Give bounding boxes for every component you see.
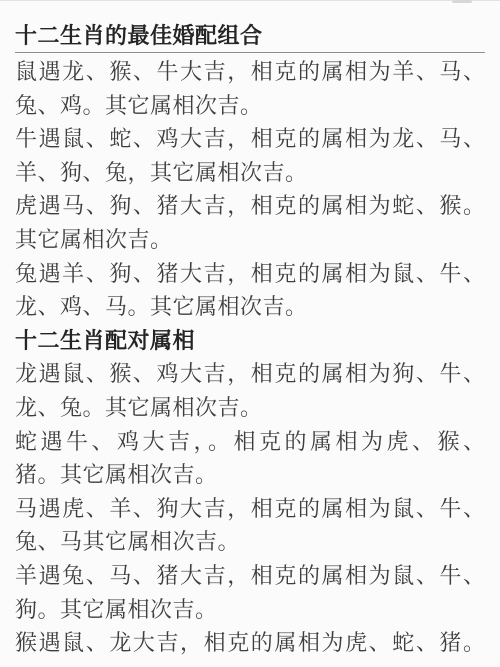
text-line-horse-2: 兔、马其它属相次吉。	[15, 525, 485, 559]
text-line-dragon-2: 龙、兔。其它属相次吉。	[15, 391, 485, 425]
text-line-goat-1: 羊遇兔、马、猪大吉，相克的属相为鼠、牛、	[15, 559, 485, 593]
text-line-rabbit-1: 兔遇羊、狗、猪大吉，相克的属相为鼠、牛、	[15, 257, 485, 291]
text-line-monkey-1: 猴遇鼠、龙大吉，相克的属相为虎、蛇、猪。	[15, 626, 485, 660]
text-line-dragon-1: 龙遇鼠、猴、鸡大吉，相克的属相为狗、牛、	[15, 357, 485, 391]
text-line-tiger-2: 其它属相次吉。	[15, 223, 485, 257]
screen-top-smudge-artifact	[452, 0, 472, 3]
text-line-ox-1: 牛遇鼠、蛇、鸡大吉，相克的属相为龙、马、	[15, 122, 485, 156]
screen-top-edge-artifact	[0, 0, 500, 1]
text-line-snake-2: 猪。其它属相次吉。	[15, 458, 485, 492]
text-line-rat-1: 鼠遇龙、猴、牛大吉，相克的属相为羊、马、	[15, 55, 485, 89]
text-line-ox-2: 羊、狗、兔，其它属相次吉。	[15, 156, 485, 190]
heading-divider	[15, 52, 485, 53]
section-heading-pairing: 十二生肖配对属相	[15, 324, 485, 358]
article-body: 十二生肖的最佳婚配组合 鼠遇龙、猴、牛大吉，相克的属相为羊、马、 兔、鸡。其它属…	[0, 0, 500, 660]
text-line-horse-1: 马遇虎、羊、狗大吉，相克的属相为鼠、牛、	[15, 492, 485, 526]
text-line-rabbit-2: 龙、鸡、马。其它属相次吉。	[15, 290, 485, 324]
text-line-goat-2: 狗。其它属相次吉。	[15, 593, 485, 627]
text-line-rat-2: 兔、鸡。其它属相次吉。	[15, 89, 485, 123]
text-line-snake-1: 蛇遇牛、鸡大吉，。相克的属相为虎、猴、	[15, 425, 485, 459]
text-line-tiger-1: 虎遇马、狗、猪大吉，相克的属相为蛇、猴。	[15, 189, 485, 223]
section-heading-best-match: 十二生肖的最佳婚配组合	[15, 19, 485, 52]
document-page: { "page": { "background_color": "#fbfbfb…	[0, 0, 500, 667]
